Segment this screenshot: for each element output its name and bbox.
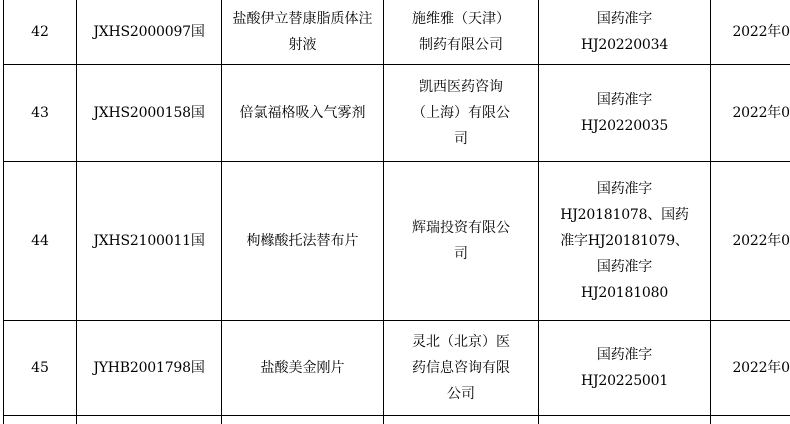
table-row: 43 JXHS2000158国 倍氯福格吸入气雾剂 凯西医药咨询 （上海）有限公…	[4, 65, 790, 162]
company-line: 施维雅（天津）	[390, 6, 532, 32]
company-line: 药信息咨询有限	[390, 355, 532, 381]
approval-line: 国药准字	[545, 342, 704, 368]
approval-line: HJ20220034	[545, 32, 704, 58]
table-row: 44 JXHS2100011国 枸橼酸托法替布片 辉瑞投资有限公 司 国药准字 …	[4, 162, 790, 321]
company-line: 制药有限公司	[390, 32, 532, 58]
approval-line: 国药准字	[545, 176, 704, 202]
company-name: 凯西医药咨询 （上海）有限公 司	[384, 65, 539, 162]
table-row: 45 JYHB2001798国 盐酸美金刚片 灵北（北京）医 药信息咨询有限 公…	[4, 321, 790, 416]
approval-line: 准字HJ20181079、	[545, 228, 704, 254]
empty-cell	[711, 416, 790, 424]
approval-number: 国药准字 HJ20181078、国药 准字HJ20181079、 国药准字 HJ…	[539, 162, 711, 321]
approval-line: HJ20225001	[545, 368, 704, 394]
company-line: 司	[390, 126, 532, 152]
company-name: 施维雅（天津） 制药有限公司	[384, 0, 539, 65]
approval-line: HJ20220035	[545, 113, 704, 139]
row-number: 43	[4, 65, 77, 162]
company-line: 灵北（北京）医	[390, 329, 532, 355]
drug-name: 盐酸美金刚片	[222, 321, 384, 416]
row-number: 45	[4, 321, 77, 416]
approval-date: 2022年04月11日	[711, 321, 790, 416]
approval-number: 国药准字 HJ20220035	[539, 65, 711, 162]
acceptance-number: JXHS2000097国	[77, 0, 222, 65]
approval-line: 国药准字	[545, 87, 704, 113]
row-number: 44	[4, 162, 77, 321]
table-row-partial	[4, 416, 790, 424]
row-number: 42	[4, 0, 77, 65]
company-line: （上海）有限公	[390, 100, 532, 126]
empty-cell	[77, 416, 222, 424]
approval-line: HJ20181080	[545, 280, 704, 306]
approval-number: 国药准字 HJ20225001	[539, 321, 711, 416]
acceptance-number: JYHB2001798国	[77, 321, 222, 416]
acceptance-number: JXHS2000158国	[77, 65, 222, 162]
company-line: 司	[390, 241, 532, 267]
empty-cell	[384, 416, 539, 424]
approval-date: 2022年04月12日	[711, 162, 790, 321]
table-row: 42 JXHS2000097国 盐酸伊立替康脂质体注射液 施维雅（天津） 制药有…	[4, 0, 790, 65]
empty-cell	[539, 416, 711, 424]
drug-name: 倍氯福格吸入气雾剂	[222, 65, 384, 162]
company-line: 凯西医药咨询	[390, 74, 532, 100]
company-line: 公司	[390, 381, 532, 407]
approval-date: 2022年04月12日	[711, 0, 790, 65]
approval-date: 2022年04月12日	[711, 65, 790, 162]
empty-cell	[222, 416, 384, 424]
approval-line: HJ20181078、国药	[545, 202, 704, 228]
approval-line: 国药准字	[545, 6, 704, 32]
approval-line: 国药准字	[545, 254, 704, 280]
company-name: 灵北（北京）医 药信息咨询有限 公司	[384, 321, 539, 416]
company-name: 辉瑞投资有限公 司	[384, 162, 539, 321]
drug-name: 盐酸伊立替康脂质体注射液	[222, 0, 384, 65]
drug-name: 枸橼酸托法替布片	[222, 162, 384, 321]
company-line: 辉瑞投资有限公	[390, 215, 532, 241]
acceptance-number: JXHS2100011国	[77, 162, 222, 321]
drug-approval-table: 42 JXHS2000097国 盐酸伊立替康脂质体注射液 施维雅（天津） 制药有…	[3, 0, 790, 424]
empty-cell	[4, 416, 77, 424]
approval-number: 国药准字 HJ20220034	[539, 0, 711, 65]
